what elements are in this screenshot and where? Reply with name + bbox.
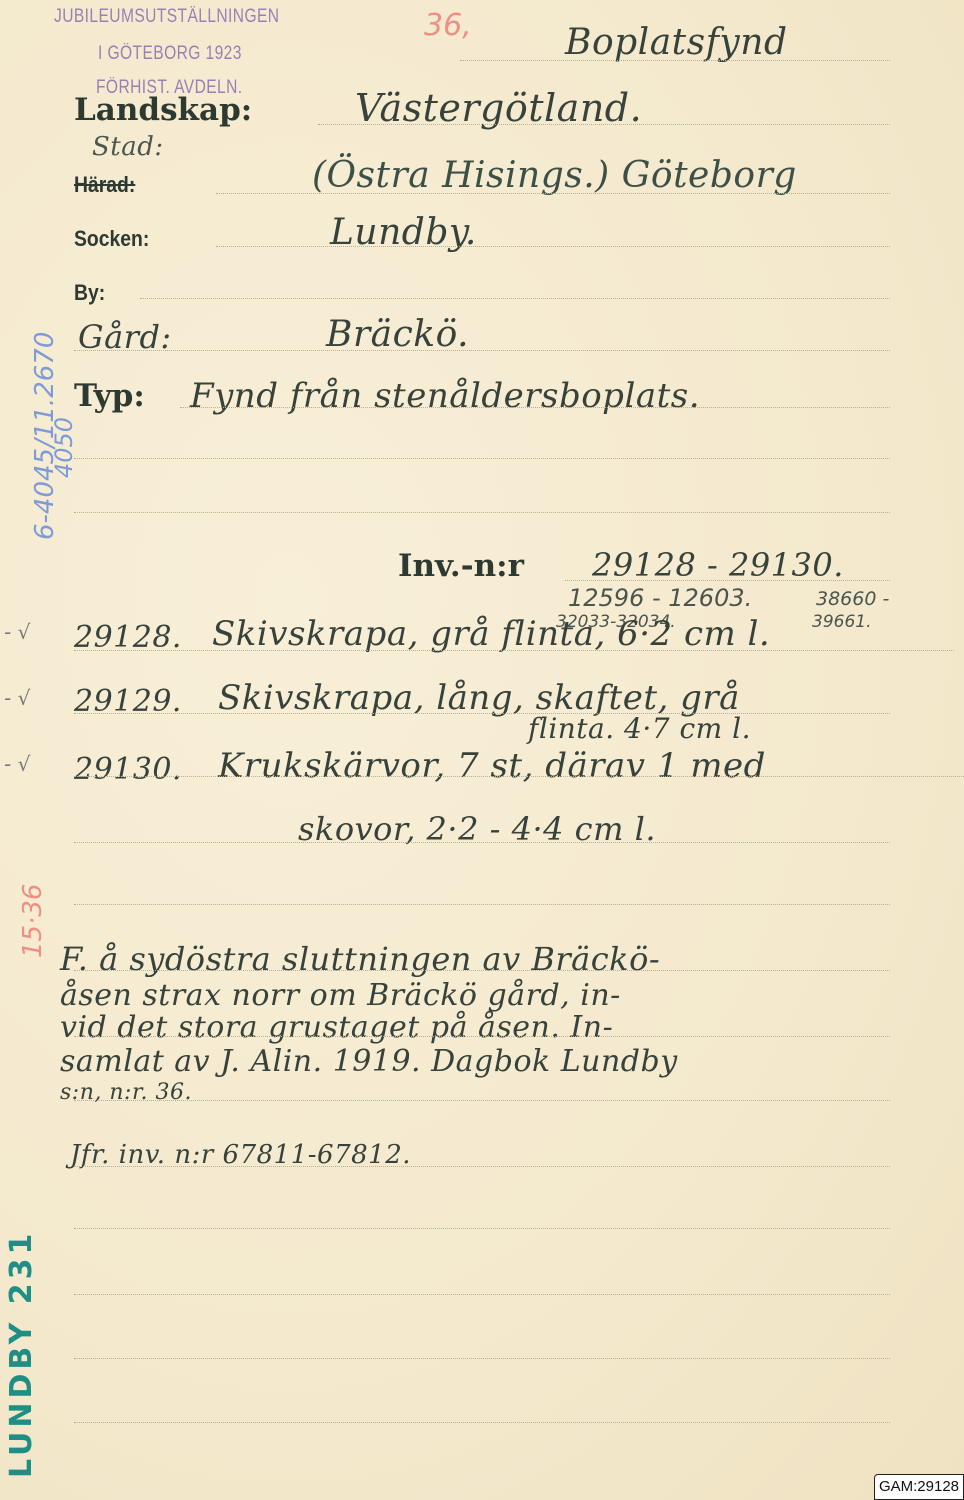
dotted-line bbox=[74, 1358, 890, 1359]
item-checkmark: - √ bbox=[4, 686, 30, 710]
item-checkmark: - √ bbox=[4, 620, 30, 644]
dotted-line bbox=[74, 842, 890, 843]
dotted-line bbox=[318, 124, 890, 125]
dotted-line bbox=[74, 458, 890, 459]
margin-note-blue-2: 4050 bbox=[50, 417, 78, 478]
inventory-extra-right-2: 39661. bbox=[812, 612, 871, 632]
inventory-extra-right-1: 38660 - bbox=[816, 588, 889, 610]
item-text-continued: flinta. 4·7 cm l. bbox=[528, 712, 751, 745]
margin-stamp-green: LUNDBY 231 bbox=[4, 1230, 39, 1478]
dotted-line bbox=[140, 298, 890, 299]
dotted-line bbox=[74, 776, 964, 777]
item-text: Skivskrapa, grå flinta, 6·2 cm l. bbox=[212, 614, 770, 654]
dotted-line bbox=[74, 1166, 890, 1167]
stamp-line-1: JUBILEUMSUTSTÄLLNINGEN bbox=[54, 6, 279, 28]
dotted-line bbox=[216, 246, 890, 247]
dotted-line bbox=[74, 713, 890, 714]
label-inventory: Inv.-n:r bbox=[398, 548, 524, 584]
value-harad: (Östra Hisings.) Göteborg bbox=[312, 155, 797, 196]
dotted-line bbox=[74, 1228, 890, 1229]
dotted-line bbox=[460, 60, 890, 61]
description-line: vid det stora grustaget på åsen. In- bbox=[60, 1010, 613, 1045]
value-typ: Fynd från stenåldersboplats. bbox=[190, 376, 700, 416]
item-number: 29130. bbox=[74, 752, 182, 787]
dotted-line bbox=[74, 1036, 890, 1037]
dotted-line bbox=[74, 904, 890, 905]
label-socken: Socken: bbox=[74, 226, 149, 252]
item-checkmark: - √ bbox=[4, 752, 30, 776]
category-title: Boplatsfynd bbox=[565, 22, 787, 63]
label-by: By: bbox=[74, 280, 105, 306]
catalogue-id-label: GAM:29128 bbox=[874, 1474, 964, 1500]
dotted-line bbox=[74, 650, 954, 651]
stamp-line-2: I GÖTEBORG 1923 bbox=[98, 43, 242, 65]
description-line: samlat av J. Alin. 1919. Dagbok Lundby bbox=[60, 1044, 678, 1079]
inventory-range: 29128 - 29130. bbox=[592, 546, 844, 584]
label-correction-stad: Stad: bbox=[92, 132, 164, 162]
dotted-line bbox=[74, 970, 890, 971]
dotted-line bbox=[74, 1422, 890, 1423]
dotted-line bbox=[74, 350, 890, 351]
label-harad: Härad: bbox=[74, 172, 135, 198]
label-typ: Typ: bbox=[74, 378, 145, 414]
dotted-line bbox=[74, 512, 890, 513]
value-gard: Bräckö. bbox=[326, 314, 469, 355]
label-landskap: Landskap: bbox=[74, 92, 252, 128]
dotted-line bbox=[180, 407, 890, 408]
item-text: Krukskärvor, 7 st, därav 1 med bbox=[218, 746, 766, 786]
description-line: åsen strax norr om Bräckö gård, in- bbox=[60, 978, 621, 1013]
inventory-extra-1: 12596 - 12603. bbox=[568, 584, 752, 612]
dotted-line bbox=[74, 1100, 890, 1101]
dotted-line bbox=[565, 580, 890, 581]
diary-number: 36, bbox=[424, 8, 472, 43]
margin-note-red: 15·36 bbox=[18, 884, 48, 958]
description-line: s:n, n:r. 36. bbox=[60, 1080, 192, 1105]
dotted-line bbox=[74, 1294, 890, 1295]
dotted-line bbox=[216, 193, 890, 194]
description-line: F. å sydöstra sluttningen av Bräckö- bbox=[60, 940, 660, 978]
